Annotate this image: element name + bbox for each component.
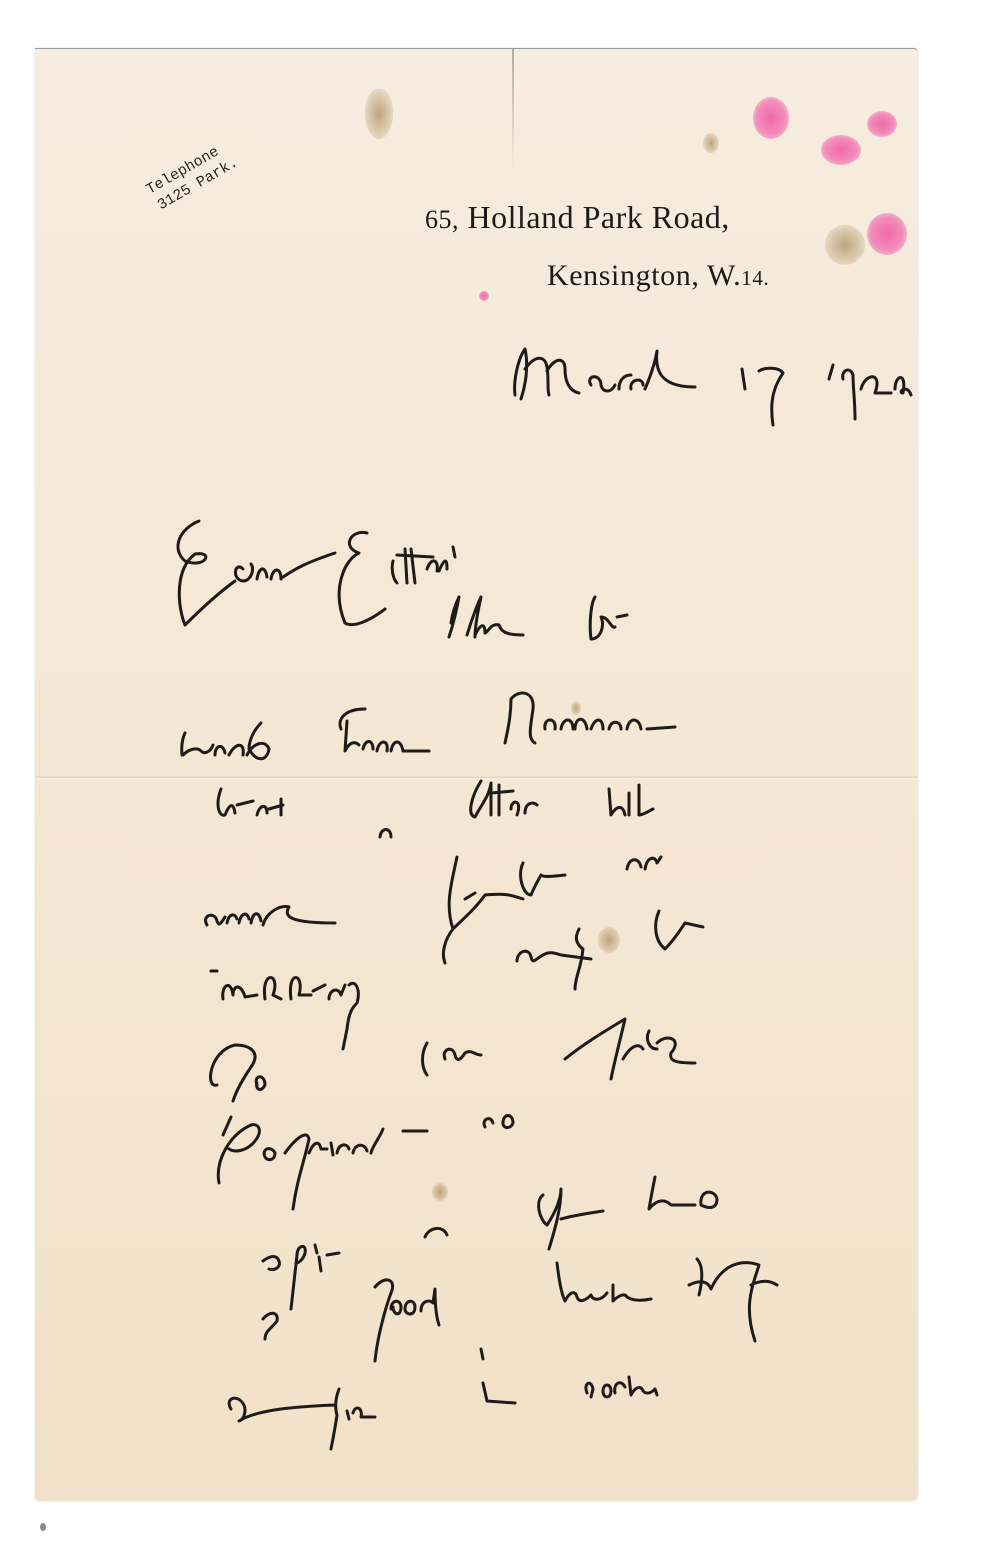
pink-ink-stain: [867, 111, 897, 137]
postcode-number: 14.: [741, 266, 769, 290]
postcode-letter: W.: [707, 259, 741, 292]
water-stain: [365, 89, 393, 139]
brown-spot: [825, 225, 865, 265]
handwriting-strokes: [35, 49, 918, 1501]
horizontal-fold-crease: [35, 776, 918, 780]
brown-spot: [571, 701, 581, 715]
district: Kensington,: [547, 259, 699, 292]
scanner-speck: [40, 1523, 46, 1531]
pink-ink-stain: [753, 97, 789, 139]
brown-spot: [703, 133, 719, 153]
brown-spot: [598, 927, 620, 953]
letterhead-address-line1: 65, Holland Park Road,: [425, 199, 730, 236]
letter-paper: Telephone 3125 Park. 65, Holland Park Ro…: [35, 48, 918, 1501]
street-number: 65,: [425, 205, 459, 234]
brown-spot: [432, 1183, 448, 1201]
pink-ink-stain: [867, 213, 907, 255]
letterhead-address-line2: Kensington, W.14.: [547, 259, 769, 293]
paper-tear: [512, 49, 514, 169]
pink-ink-stain: [821, 135, 861, 165]
street-name: Holland Park Road,: [468, 199, 730, 235]
letterhead-telephone: Telephone 3125 Park.: [143, 137, 242, 216]
pink-spot: [479, 291, 489, 301]
